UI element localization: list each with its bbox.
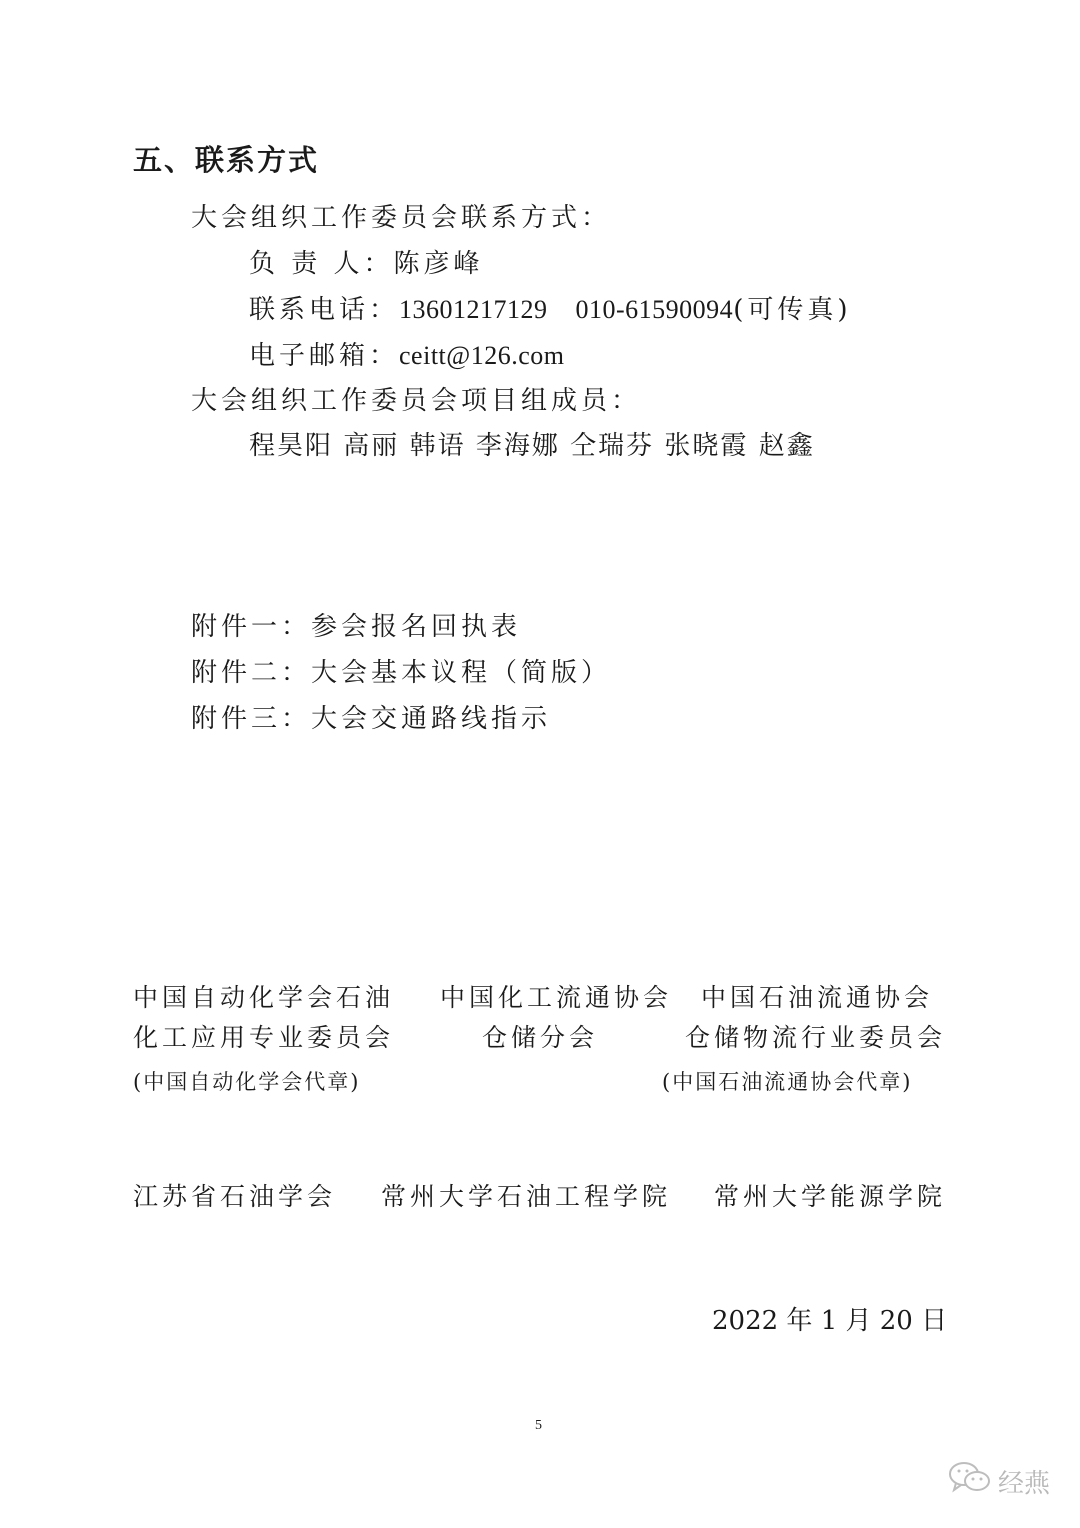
email-address: ceitt@126.com (399, 341, 564, 370)
document-date: 2022 年 1 月 20 日 (712, 1300, 947, 1337)
members-label: 大会组织工作委员会项目组成员： (191, 385, 641, 417)
organizer-3-seal: (中国石油流通协会代章) (662, 1066, 912, 1096)
organizer-jiangsu: 江苏省石油学会 (133, 1182, 336, 1212)
organizer-petroleum-engineering: 常州大学石油工程学院 (381, 1182, 671, 1212)
attachment-label: 附件三： (191, 704, 311, 734)
watermark-text: 经燕 (998, 1463, 1050, 1500)
email-line: 电子邮箱：ceitt@126.com (249, 340, 564, 372)
attachment-title: 大会交通路线指示 (311, 704, 551, 734)
organizer-1-line2: 化工应用专业委员会 (133, 1023, 394, 1053)
organizer-2-line1: 中国化工流通协会 (440, 983, 672, 1013)
attachment-title: 参会报名回执表 (311, 612, 521, 642)
person-name: 陈彦峰 (394, 249, 484, 279)
member-name: 赵鑫 (759, 431, 815, 461)
organizer-3-line1: 中国石油流通协会 (701, 983, 933, 1013)
committee-contact-label: 大会组织工作委员会联系方式： (191, 202, 611, 234)
attachment-label: 附件二： (191, 658, 311, 688)
member-name: 仝瑞芬 (570, 431, 654, 461)
phone-label: 联系电话： (249, 295, 399, 325)
member-name: 李海娜 (476, 431, 560, 461)
page-number: 5 (535, 1418, 542, 1434)
attachment-2: 附件二：大会基本议程（简版） (191, 657, 611, 689)
wechat-icon (948, 1460, 992, 1503)
member-name: 高丽 (343, 431, 399, 461)
organizer-2-line2: 仓储分会 (482, 1023, 598, 1053)
organizer-energy: 常州大学能源学院 (714, 1182, 946, 1212)
attachment-title: 大会基本议程（简版） (311, 658, 611, 688)
member-name: 程昊阳 (249, 431, 333, 461)
attachment-3: 附件三：大会交通路线指示 (191, 703, 551, 735)
person-in-charge: 负 责 人：陈彦峰 (249, 248, 484, 280)
attachment-label: 附件一： (191, 612, 311, 642)
member-name: 韩语 (410, 431, 466, 461)
person-label: 负 责 人： (249, 249, 394, 279)
phone-mobile: 13601217129 (399, 295, 548, 324)
watermark: 经燕 (948, 1460, 1050, 1503)
member-name: 张晓霞 (664, 431, 748, 461)
organizer-1-line1: 中国自动化学会石油 (133, 983, 394, 1013)
attachment-1: 附件一：参会报名回执表 (191, 611, 521, 643)
phone-note: (可传真) (733, 295, 851, 325)
email-label: 电子邮箱： (249, 341, 399, 371)
phone-landline: 010-61590094 (576, 295, 734, 324)
members-list: 程昊阳 高丽 韩语 李海娜 仝瑞芬 张晓霞 赵鑫 (249, 430, 815, 462)
section-heading: 五、联系方式 (133, 138, 319, 179)
phone-line: 联系电话：13601217129010-61590094(可传真) (249, 294, 851, 326)
organizer-1-seal: (中国自动化学会代章) (133, 1066, 360, 1096)
organizer-3-line2: 仓储物流行业委员会 (685, 1023, 946, 1053)
